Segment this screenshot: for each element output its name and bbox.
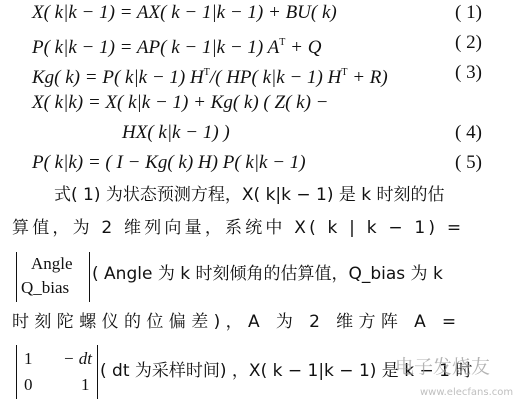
paragraph-line-3: ( Angle 为 k 时刻倾角的估算值，Q_bias 为 k — [92, 263, 443, 285]
eq4-rhs: = X( k|k − 1) + Kg( k) ( Z( k) − — [83, 92, 328, 113]
eq4-lhs: X( k|k) — [32, 92, 83, 113]
eq1-number: ( 1) — [455, 2, 482, 24]
matrix-r1c2: − dt — [63, 349, 92, 369]
matrix-r2c1: 0 — [24, 375, 33, 395]
matrix-A: 1 − dt 0 1 — [16, 345, 98, 399]
eq4-number: ( 4) — [455, 122, 482, 144]
eq3-mid: /( HP( k|k − 1) H — [210, 67, 341, 88]
matrix-r2c2: 1 — [81, 375, 90, 395]
equation-4b: HX( k|k − 1) ) — [122, 122, 230, 144]
vector-row-angle: Angle — [31, 254, 73, 274]
matrix-r1c1: 1 — [24, 349, 33, 369]
equation-2: P( k|k − 1) = AP( k − 1|k − 1) AT + Q — [32, 32, 321, 59]
paragraph-line-4: 时刻陀螺仪的位偏差)，A 为 2 维方阵 A = — [12, 311, 462, 333]
eq2-rhs: = AP( k − 1|k − 1) A — [115, 37, 279, 58]
eq3-tail: + R) — [347, 67, 387, 88]
eq3-rhs: = P( k|k − 1) H — [80, 67, 204, 88]
eq2-tail: + Q — [285, 37, 321, 58]
watermark-url: www.elecfans.com — [420, 387, 513, 398]
equation-1: X( k|k − 1) = AX( k − 1|k − 1) + BU( k) — [32, 2, 337, 24]
eq5-rhs: = ( I − Kg( k) H) P( k|k − 1) — [83, 152, 306, 173]
paragraph-line-2: 算值，为 2 维列向量，系统中 X( k | k − 1) = — [12, 217, 464, 239]
eq3-lhs: Kg( k) — [32, 67, 80, 88]
watermark-logo: 电子发烧友 — [395, 352, 490, 379]
eq1-lhs: X( k|k − 1) — [32, 2, 115, 23]
vector-row-qbias: Q_bias — [21, 278, 69, 298]
equation-3: Kg( k) = P( k|k − 1) HT/( HP( k|k − 1) H… — [32, 62, 388, 89]
paragraph-line-1: 式( 1) 为状态预测方程，X( k|k − 1) 是 k 时刻的估 — [54, 184, 445, 206]
eq5-number: ( 5) — [455, 152, 482, 174]
eq3-number: ( 3) — [455, 62, 482, 84]
eq1-rhs: = AX( k − 1|k − 1) + BU( k) — [115, 2, 337, 23]
eq2-number: ( 2) — [455, 32, 482, 54]
equation-4a: X( k|k) = X( k|k − 1) + Kg( k) ( Z( k) − — [32, 92, 329, 114]
eq4b-rhs: HX( k|k − 1) ) — [122, 122, 230, 143]
equation-5: P( k|k) = ( I − Kg( k) H) P( k|k − 1) — [32, 152, 306, 174]
state-vector: Angle Q_bias — [16, 252, 90, 302]
eq5-lhs: P( k|k) — [32, 152, 83, 173]
eq2-lhs: P( k|k − 1) — [32, 37, 115, 58]
